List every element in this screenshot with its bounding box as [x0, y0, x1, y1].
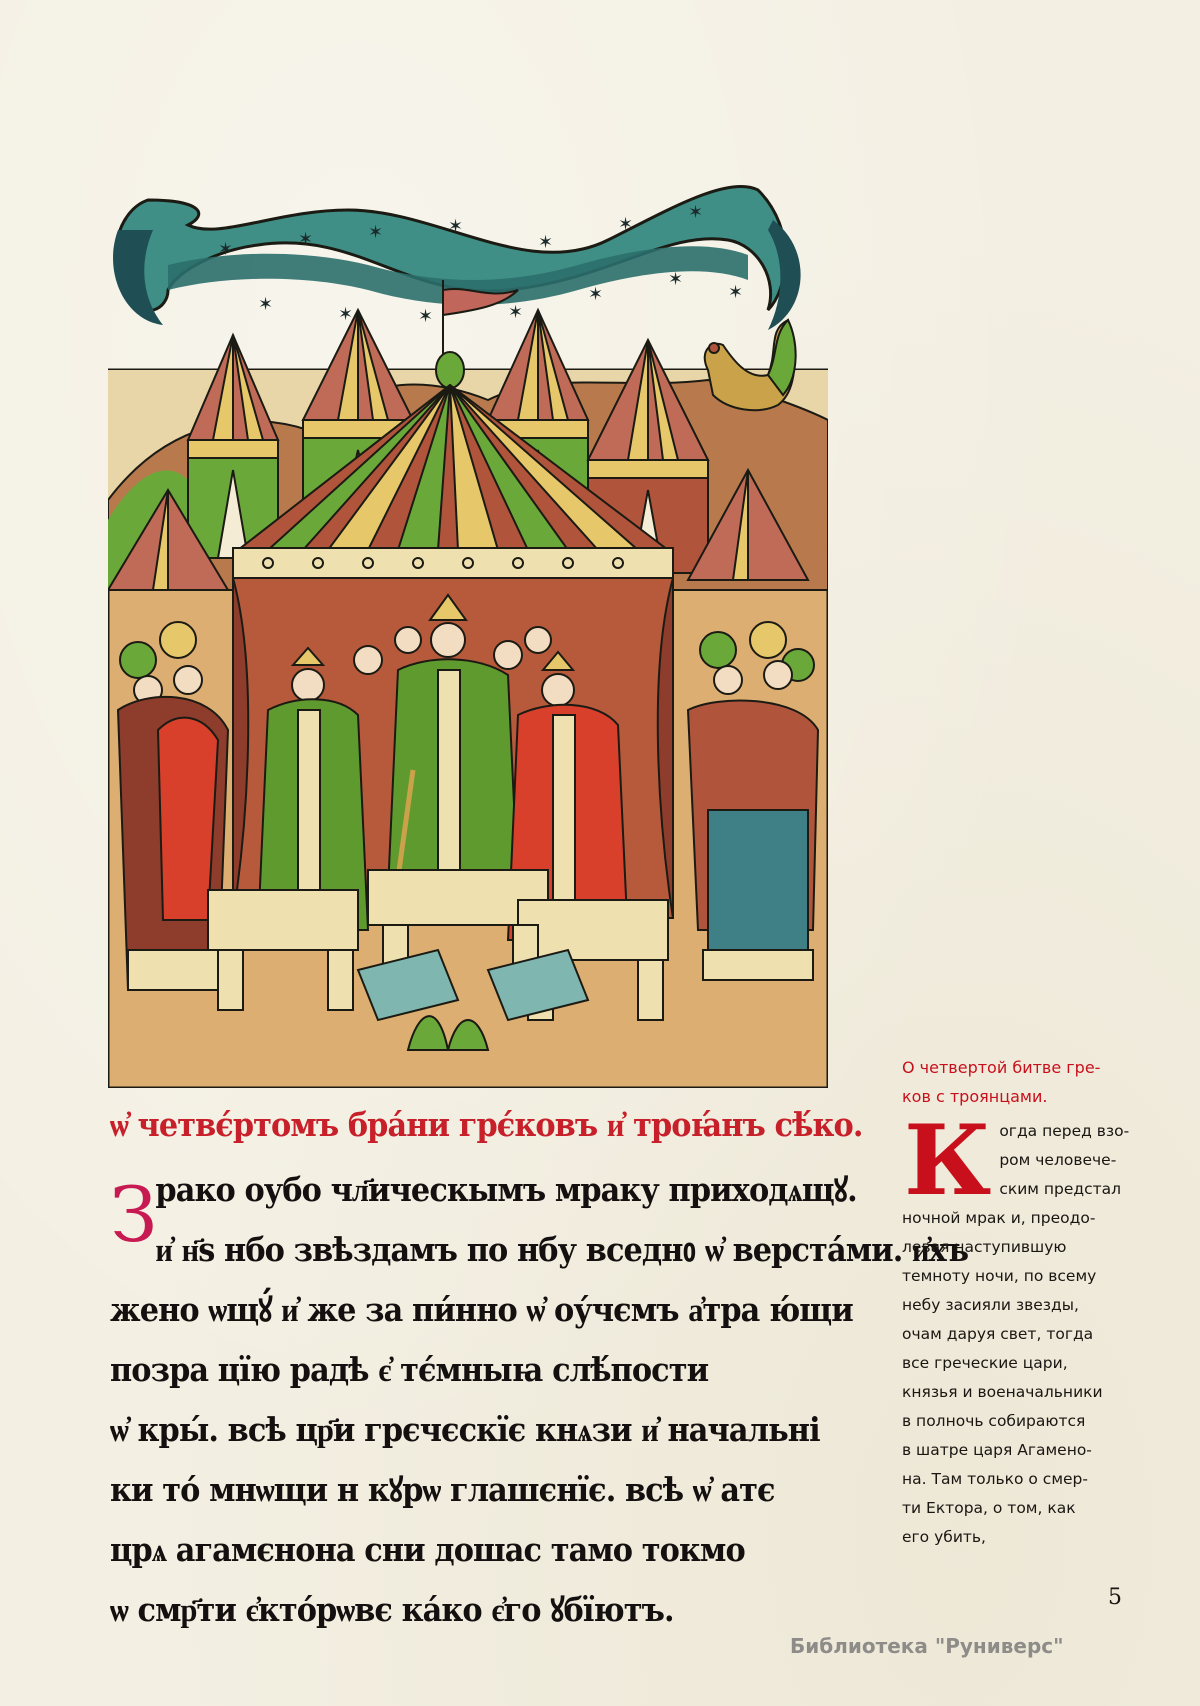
svg-text:✶: ✶: [298, 229, 313, 250]
translation-line: в шатре царя Агамено-: [902, 1436, 1192, 1465]
svg-text:✶: ✶: [728, 282, 743, 303]
svg-text:✶: ✶: [368, 222, 383, 243]
svg-text:✶: ✶: [538, 232, 553, 253]
translation-line: ночной мрак и, преодо-: [902, 1204, 1192, 1233]
translation-line: все греческие цари,: [902, 1349, 1192, 1378]
manuscript-line: црѧ агамєнона сни дошас тамо токмо: [110, 1520, 809, 1580]
translation-line: ти Ектора, о том, как: [902, 1494, 1192, 1523]
svg-text:✶: ✶: [448, 216, 463, 237]
footer-brand: Библиотека "Руниверс": [790, 1634, 1064, 1658]
rooster: [705, 320, 796, 410]
svg-text:✶: ✶: [338, 304, 353, 325]
svg-text:✶: ✶: [618, 214, 633, 235]
svg-text:✶: ✶: [668, 269, 683, 290]
manuscript-line: и҆ н҃ѕ нбо звѣздамъ по нбу вседнᲂ ѡ҆ вер…: [110, 1220, 809, 1280]
manuscript-line: ѡ҆ кры́. всѣ цр҃и грєчєскїє кнѧзи и҆ нач…: [110, 1400, 809, 1460]
translation-line: князья и военачальники: [902, 1378, 1192, 1407]
translation-column: О четвертой битве гре- ков с троянцами. …: [902, 1053, 1192, 1552]
page-number: 5: [1108, 1585, 1122, 1610]
translation-line: в полночь собираются: [902, 1407, 1192, 1436]
translation-line: очам даруя свет, тогда: [902, 1320, 1192, 1349]
manuscript-line: позра цїю радѣ є҆ тє́мныꙗ слѣ́пости: [110, 1340, 809, 1400]
translation-line: небу засияли звезды,: [902, 1291, 1192, 1320]
manuscript-line: ѡ смр҃ти є҆кто́рѡвє ка́ко є҆го ꙋбїютъ.: [110, 1580, 809, 1640]
translation-line: левая наступившую: [902, 1233, 1192, 1262]
translation-line: его убить,: [902, 1523, 1192, 1552]
translation-line: темноту ночи, по всему: [902, 1262, 1192, 1291]
translation-title-line: О четвертой битве гре-: [902, 1053, 1192, 1082]
svg-text:✶: ✶: [258, 294, 273, 315]
manuscript-heading: ѡ҆ четвє́ртомъ бра́ни грє́ковъ и҆ троꙗ́н…: [110, 1090, 809, 1160]
svg-text:✶: ✶: [508, 302, 523, 323]
svg-text:✶: ✶: [218, 239, 233, 260]
manuscript-line: жено ѡщꙋ́ и҆ же за пи́нно ѡ҆ оу́чємъ а҆т…: [110, 1280, 809, 1340]
manuscript-text: ѡ҆ четвє́ртомъ бра́ни грє́ковъ и҆ троꙗ́н…: [110, 1090, 870, 1640]
manuscript-line: ки то́ мнѡщи н кꙋрѡ глашєнїє. всѣ ѡ҆ атє: [110, 1460, 809, 1520]
translation-title-line: ков с троянцами.: [902, 1082, 1192, 1111]
miniature-illustration: ✶✶ ✶✶ ✶✶ ✶✶ ✶✶ ✶✶ ✶✶: [108, 170, 828, 1088]
miniature-svg: ✶✶ ✶✶ ✶✶ ✶✶ ✶✶ ✶✶ ✶✶: [108, 170, 828, 1088]
translation-dropcap: К: [904, 1121, 991, 1203]
translation-line: на. Там только о смер-: [902, 1465, 1192, 1494]
svg-text:✶: ✶: [588, 284, 603, 305]
svg-text:✶: ✶: [688, 202, 703, 223]
svg-text:✶: ✶: [418, 306, 433, 327]
translation-title: О четвертой битве гре- ков с троянцами.: [902, 1053, 1192, 1111]
page: ✶✶ ✶✶ ✶✶ ✶✶ ✶✶ ✶✶ ✶✶: [0, 0, 1200, 1706]
translation-body: К огда перед взо- ром человече- ским пре…: [902, 1117, 1192, 1552]
manuscript-line: рако оубо чл҃ическымъ мраку приходѧщꙋ.: [110, 1160, 809, 1220]
